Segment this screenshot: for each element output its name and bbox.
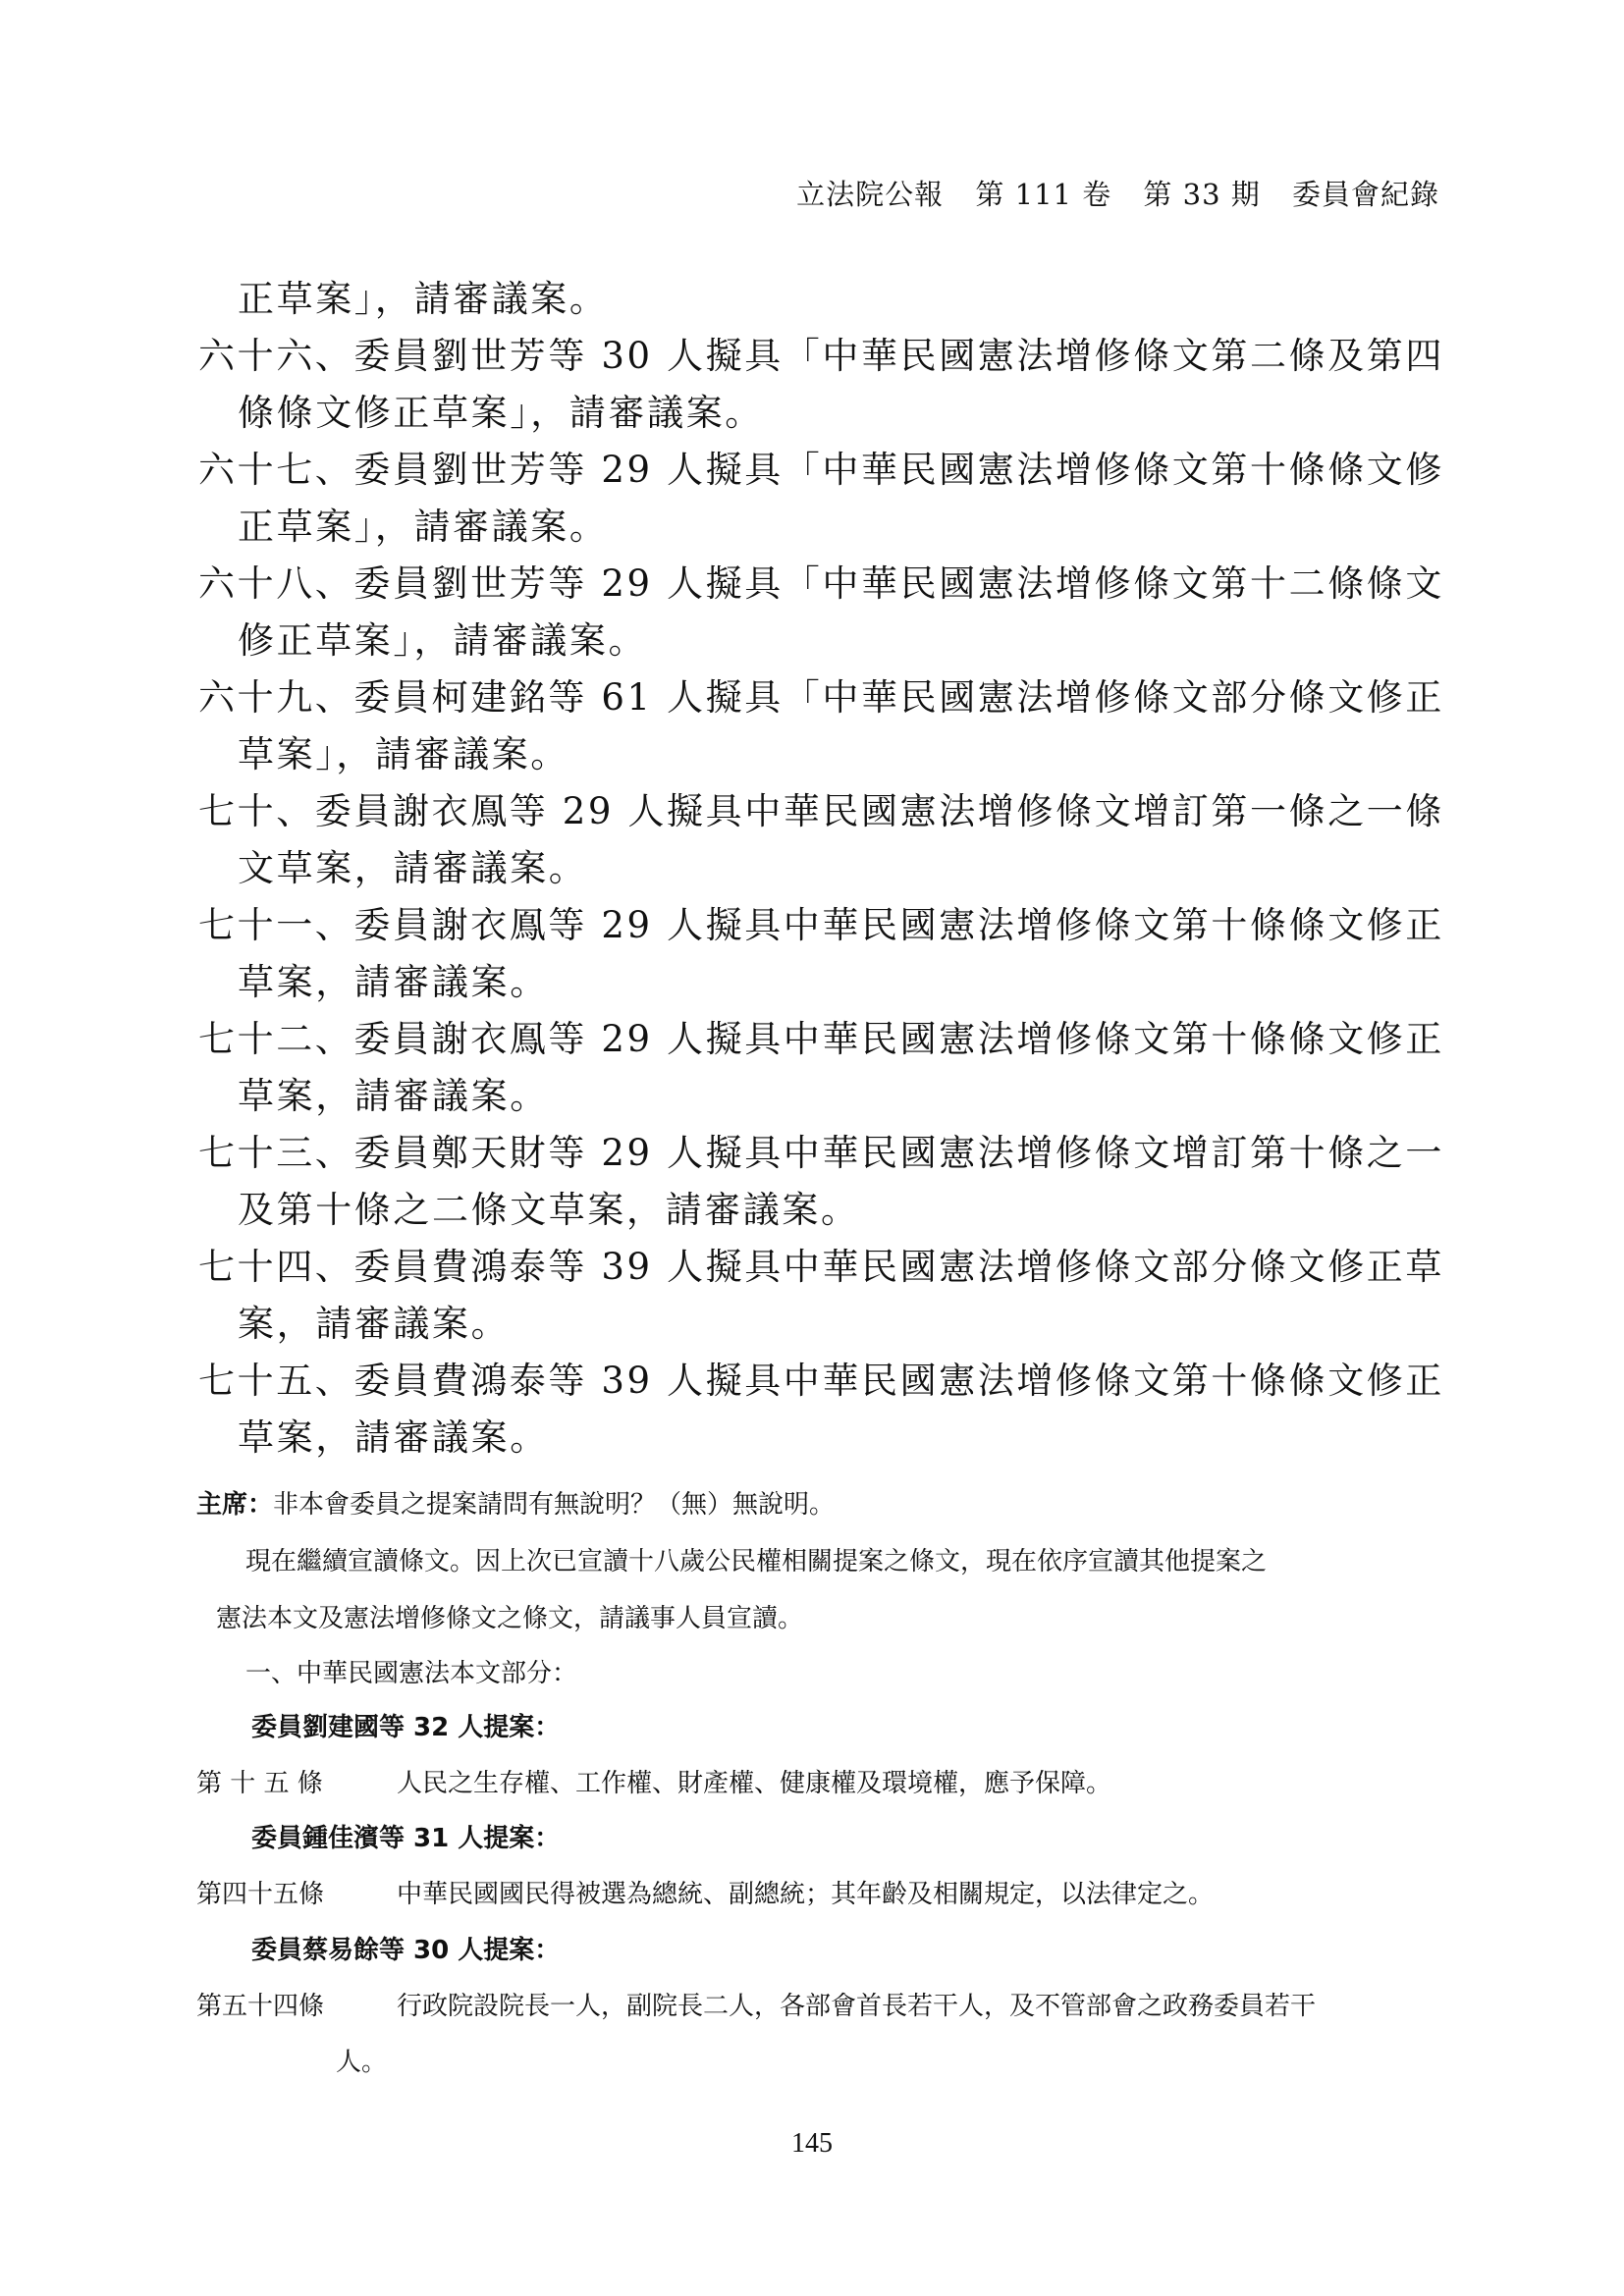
publication-title: 立法院公報 xyxy=(796,178,944,211)
agenda-item-line: 草案，請審議案。 xyxy=(198,954,1437,1011)
agenda-item-line: 正草案」，請審議案。 xyxy=(198,499,1437,556)
agenda-item-68: 六十八、委員劉世芳等 29 人擬具「中華民國憲法增修條文第十二條條文 修正草案」… xyxy=(198,556,1437,669)
agenda-item-line: 草案，請審議案。 xyxy=(198,1068,1437,1125)
article-text-continuation: 人。 xyxy=(336,2042,387,2078)
agenda-item-line: 文草案，請審議案。 xyxy=(198,840,1437,897)
agenda-item-line: 條條文修正草案」，請審議案。 xyxy=(198,385,1437,442)
volume-label: 第 111 卷 xyxy=(975,178,1111,211)
agenda-item-line: 七十三、委員鄭天財等 29 人擬具中華民國憲法增修條文增訂第十條之一 xyxy=(198,1125,1437,1182)
agenda-item-70: 七十、委員謝衣鳯等 29 人擬具中華民國憲法增修條文增訂第一條之一條 文草案，請… xyxy=(198,783,1437,897)
agenda-item-66: 六十六、委員劉世芳等 30 人擬具「中華民國憲法增修條文第二條及第四 條條文修正… xyxy=(198,328,1437,442)
agenda-item-72: 七十二、委員謝衣鳯等 29 人擬具中華民國憲法增修條文第十條條文修正 草案，請審… xyxy=(198,1011,1437,1125)
agenda-item-line: 六十七、委員劉世芳等 29 人擬具「中華民國憲法增修條文第十條條文修 xyxy=(198,442,1437,499)
agenda-list: 正草案」，請審議案。 六十六、委員劉世芳等 30 人擬具「中華民國憲法增修條文第… xyxy=(198,271,1437,1467)
article-number: 第四十五條 xyxy=(196,1874,397,1910)
agenda-item-75: 七十五、委員費鴻泰等 39 人擬具中華民國憲法增修條文第十條條文修正 草案，請審… xyxy=(198,1353,1437,1467)
proposer-heading: 委員鍾佳濱等 31 人提案： xyxy=(251,1818,560,1854)
agenda-item-line: 六十九、委員柯建銘等 61 人擬具「中華民國憲法增修條文部分條文修正 xyxy=(198,669,1437,726)
agenda-item-71: 七十一、委員謝衣鳯等 29 人擬具中華民國憲法增修條文第十條條文修正 草案，請審… xyxy=(198,897,1437,1011)
agenda-item-line: 修正草案」，請審議案。 xyxy=(198,613,1437,669)
article-number: 第五十四條 xyxy=(196,1986,397,2022)
agenda-item-69: 六十九、委員柯建銘等 61 人擬具「中華民國憲法增修條文部分條文修正 草案」，請… xyxy=(198,669,1437,783)
article-text: 人民之生存權、工作權、財產權、健康權及環境權，應予保障。 xyxy=(397,1769,1111,1798)
page-header: 立法院公報 第 111 卷 第 33 期 委員會紀錄 xyxy=(796,173,1439,213)
chair-remark-text: 非本會委員之提案請問有無說明？（無）無說明。 xyxy=(273,1490,835,1520)
agenda-item-line: 六十八、委員劉世芳等 29 人擬具「中華民國憲法增修條文第十二條條文 xyxy=(198,556,1437,613)
agenda-item-line: 七十四、委員費鴻泰等 39 人擬具中華民國憲法增修條文部分條文修正草 xyxy=(198,1239,1437,1296)
agenda-item-line: 六十六、委員劉世芳等 30 人擬具「中華民國憲法增修條文第二條及第四 xyxy=(198,328,1437,385)
speaker-label: 主席： xyxy=(196,1490,273,1520)
paragraph-line: 憲法本文及憲法增修條文之條文，請議事人員宣讀。 xyxy=(216,1598,803,1634)
article-text: 中華民國國民得被選為總統、副總統；其年齡及相關規定，以法律定之。 xyxy=(397,1880,1214,1909)
issue-label: 第 33 期 xyxy=(1143,178,1260,211)
agenda-item-line: 七十一、委員謝衣鳯等 29 人擬具中華民國憲法增修條文第十條條文修正 xyxy=(198,897,1437,954)
agenda-item-73: 七十三、委員鄭天財等 29 人擬具中華民國憲法增修條文增訂第十條之一 及第十條之… xyxy=(198,1125,1437,1239)
article-number: 第 十 五 條 xyxy=(196,1763,397,1799)
agenda-item-line: 七十五、委員費鴻泰等 39 人擬具中華民國憲法增修條文第十條條文修正 xyxy=(198,1353,1437,1410)
paragraph-line: 現在繼續宣讀條文。因上次已宣讀十八歲公民權相關提案之條文，現在依序宣讀其他提案之 xyxy=(245,1541,1267,1577)
proposer-heading: 委員劉建國等 32 人提案： xyxy=(251,1707,560,1743)
section-heading: 一、中華民國憲法本文部分： xyxy=(245,1653,577,1689)
article-text: 行政院設院長一人，副院長二人，各部會首長若干人，及不管部會之政務委員若干 xyxy=(397,1992,1316,2021)
chair-remark: 主席：非本會委員之提案請問有無說明？（無）無說明。 xyxy=(196,1484,835,1521)
document-page: 立法院公報 第 111 卷 第 33 期 委員會紀錄 正草案」，請審議案。 六十… xyxy=(0,0,1624,2296)
proposer-heading: 委員蔡易餘等 30 人提案： xyxy=(251,1930,560,1966)
agenda-item-line: 七十二、委員謝衣鳯等 29 人擬具中華民國憲法增修條文第十條條文修正 xyxy=(198,1011,1437,1068)
agenda-item-67: 六十七、委員劉世芳等 29 人擬具「中華民國憲法增修條文第十條條文修 正草案」，… xyxy=(198,442,1437,556)
section-label: 委員會紀錄 xyxy=(1292,178,1439,211)
agenda-item-line: 草案」，請審議案。 xyxy=(198,726,1437,783)
article-line: 第 十 五 條人民之生存權、工作權、財產權、健康權及環境權，應予保障。 xyxy=(196,1763,1111,1799)
agenda-item-line: 案，請審議案。 xyxy=(198,1296,1437,1353)
agenda-item-74: 七十四、委員費鴻泰等 39 人擬具中華民國憲法增修條文部分條文修正草 案，請審議… xyxy=(198,1239,1437,1353)
agenda-item-line: 及第十條之二條文草案，請審議案。 xyxy=(198,1182,1437,1239)
agenda-continuation-line: 正草案」，請審議案。 xyxy=(198,271,1437,328)
article-line: 第五十四條行政院設院長一人，副院長二人，各部會首長若干人，及不管部會之政務委員若… xyxy=(196,1986,1316,2022)
agenda-item-line: 草案，請審議案。 xyxy=(198,1410,1437,1467)
article-line: 第四十五條中華民國國民得被選為總統、副總統；其年齡及相關規定，以法律定之。 xyxy=(196,1874,1214,1910)
agenda-item-line: 七十、委員謝衣鳯等 29 人擬具中華民國憲法增修條文增訂第一條之一條 xyxy=(198,783,1437,840)
page-number: 145 xyxy=(0,2128,1624,2160)
